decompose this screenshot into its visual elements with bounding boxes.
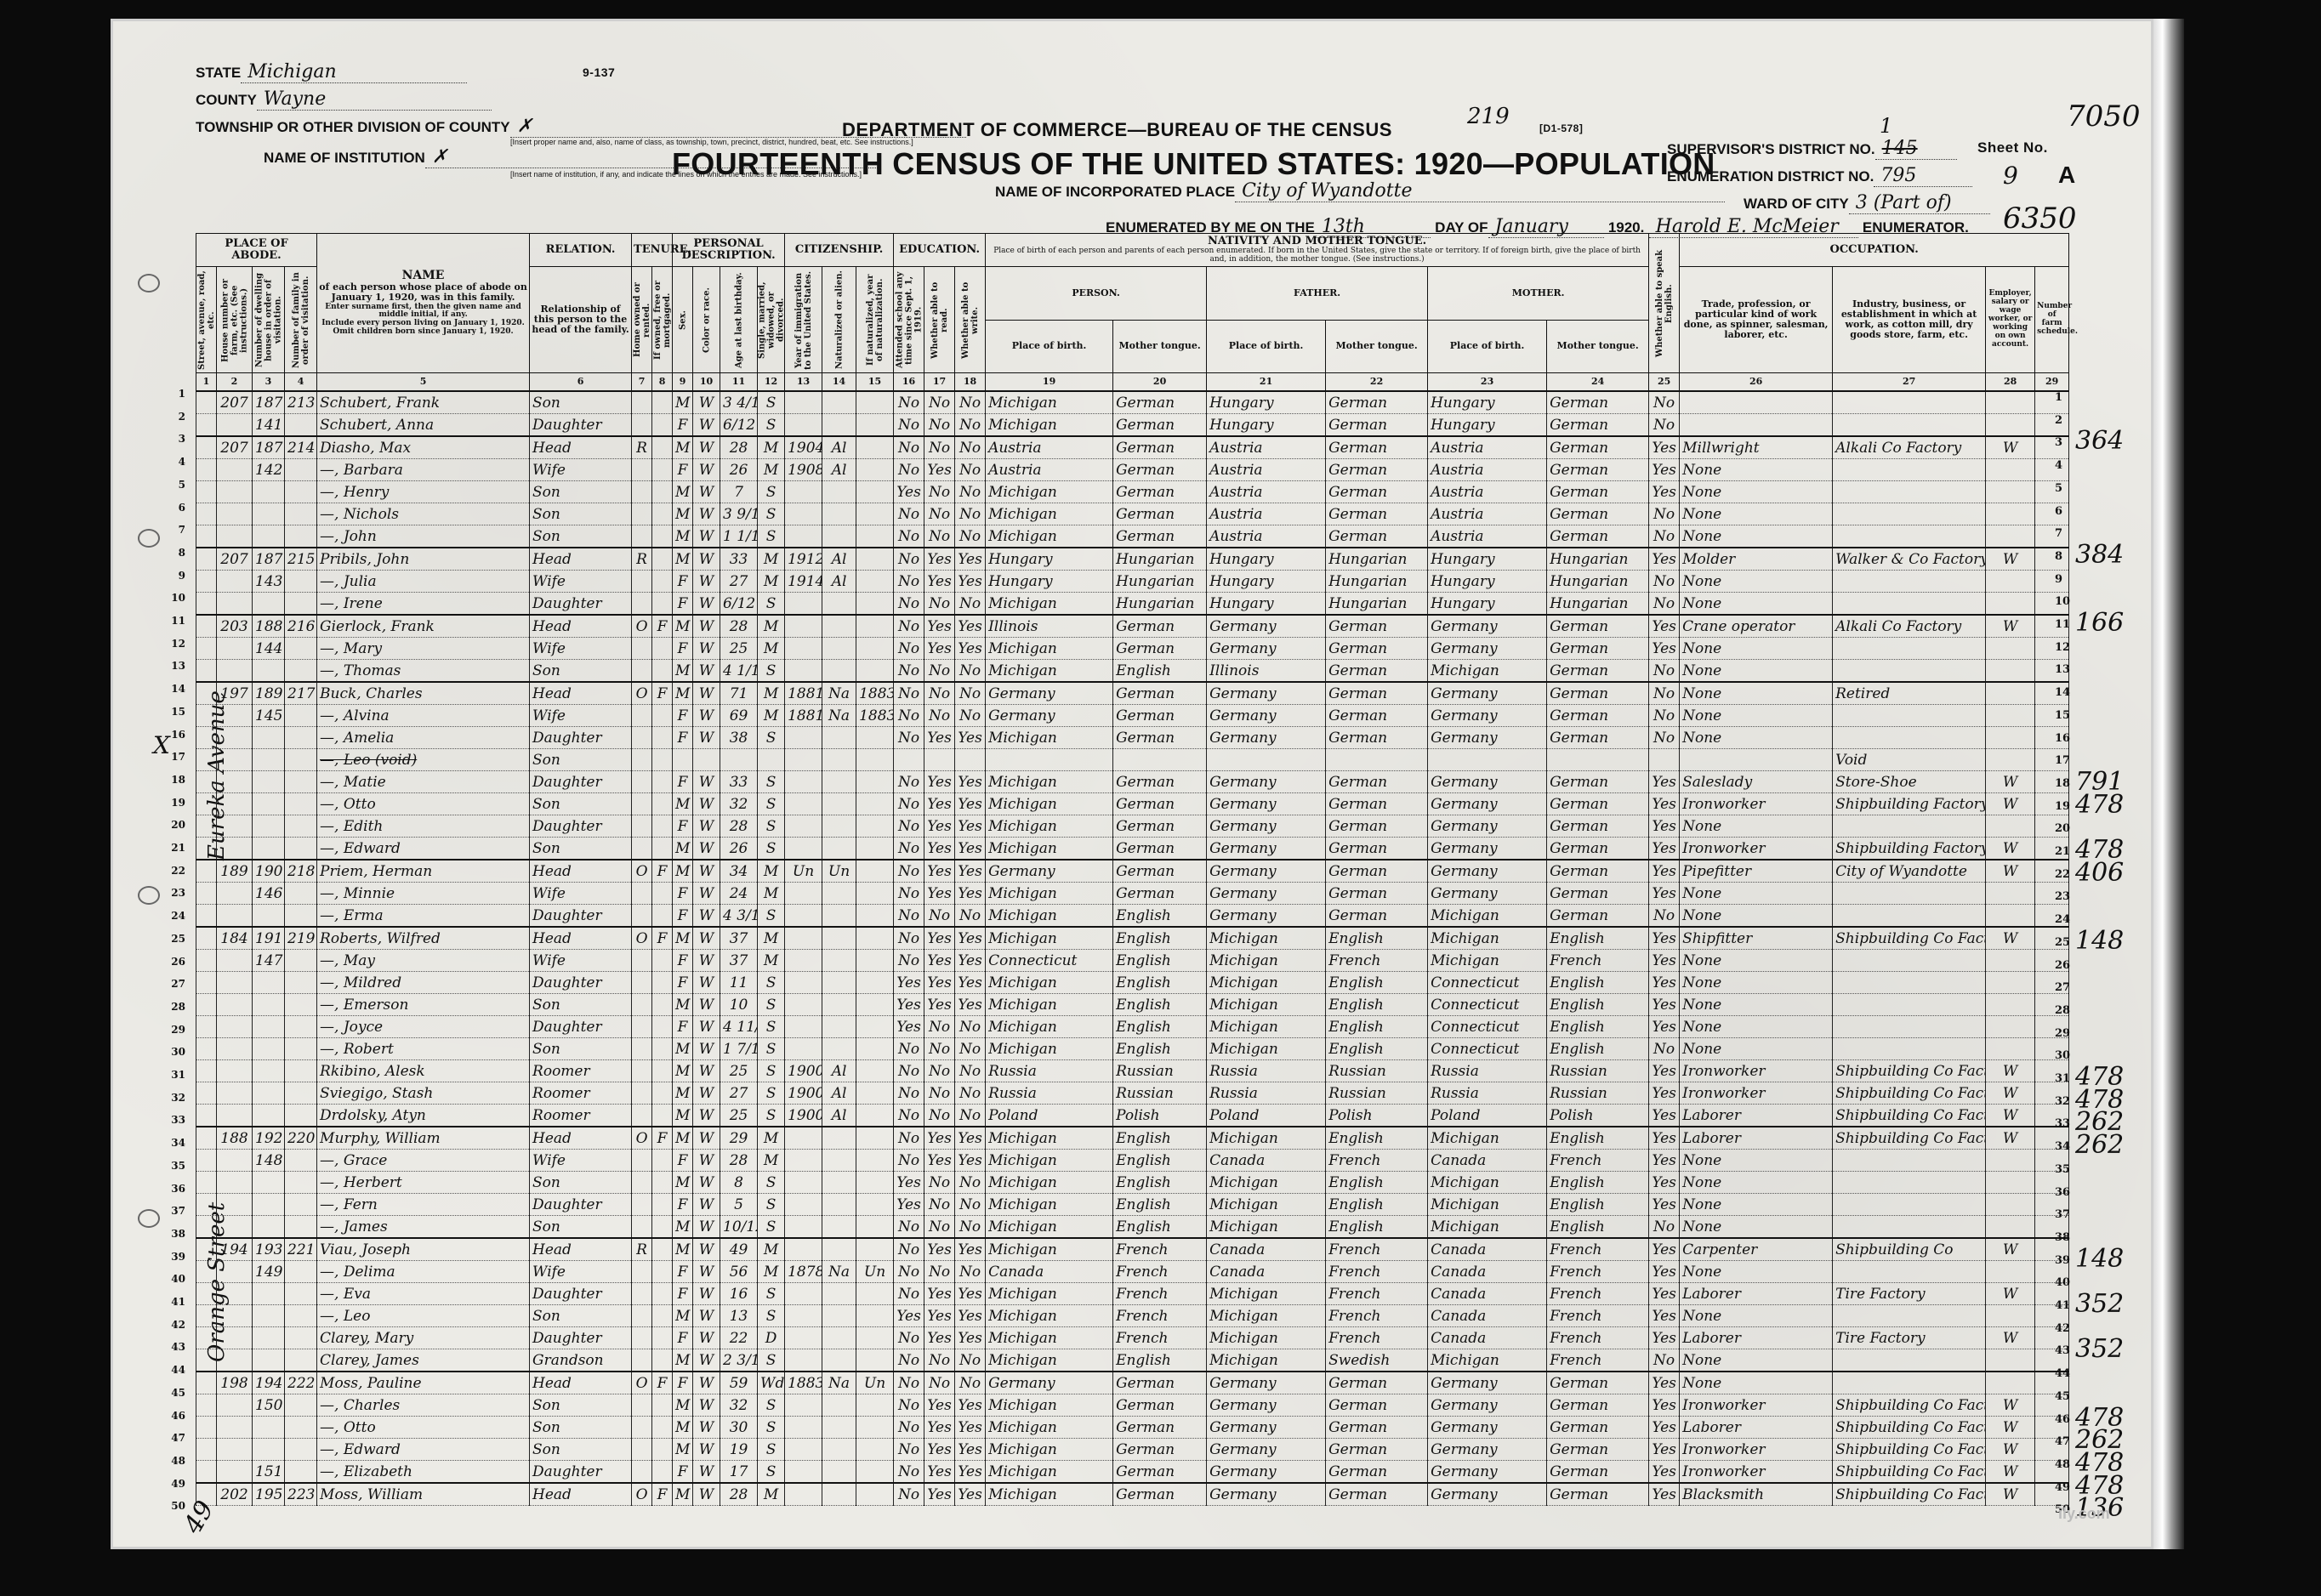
cell-trade: Laborer (1680, 1417, 1833, 1439)
census-row: 194193221Viau, JosephHeadRMW49MNoYesYesM… (196, 1238, 2069, 1261)
cell-relation: Head (530, 1372, 632, 1394)
cell-m_pob: Connecticut (1428, 1016, 1547, 1038)
cell-farm (2035, 571, 2069, 593)
cell-immig (785, 793, 822, 815)
cell-family (285, 1150, 317, 1172)
census-row: 145—, AlvinaWifeFW69M1881Na1883NoNoNoGer… (196, 705, 2069, 727)
line-number-left: 47 (162, 1432, 185, 1444)
cell-school: No (894, 503, 924, 525)
cell-english: No (1649, 503, 1680, 525)
cell-employ: W (1986, 1461, 2035, 1484)
occupation-code: 478 (2075, 790, 2124, 820)
column-number: 8 (652, 373, 673, 392)
census-row: —, RobertSonMW1 7/12SNoNoNoMichiganEngli… (196, 1038, 2069, 1060)
cell-read: Yes (924, 927, 955, 950)
line-number-right: 14 (2055, 686, 2070, 699)
cell-name: —, Henry (317, 481, 530, 503)
cell-immig (785, 1305, 822, 1327)
cell-trade: None (1680, 1016, 1833, 1038)
cell-f_tongue: German (1326, 771, 1428, 793)
cell-f_pob: Hungary (1207, 571, 1326, 593)
occupation-code: 148 (2075, 926, 2124, 956)
cell-natyear (856, 749, 894, 771)
cell-age: 13 (720, 1305, 758, 1327)
cell-name: Buck, Charles (317, 682, 530, 705)
cell-race: W (693, 391, 720, 414)
cell-industry (1833, 660, 1986, 683)
cell-owned: O (632, 1483, 652, 1506)
cell-house (217, 638, 253, 660)
cell-m_pob: Germany (1428, 883, 1547, 905)
cell-house (217, 660, 253, 683)
cell-nat (822, 615, 856, 638)
cell-f_tongue: German (1326, 459, 1428, 481)
census-row: Rkibino, AleskRoomerMW25S1900AlNoNoNoRus… (196, 1060, 2069, 1082)
cell-natyear (856, 771, 894, 793)
cell-family (285, 1417, 317, 1439)
cell-tongue: French (1113, 1327, 1207, 1349)
cell-write: Yes (955, 838, 986, 860)
cell-owned (632, 905, 652, 928)
col-group-relation: RELATION. (530, 234, 632, 267)
cell-write: No (955, 1016, 986, 1038)
census-row: —, EmersonSonMW10SYesYesYesMichiganEngli… (196, 994, 2069, 1016)
cell-m_tongue: German (1547, 436, 1649, 459)
cell-race: W (693, 1483, 720, 1506)
line-number-right: 5 (2055, 482, 2062, 495)
line-number-left: 17 (162, 751, 185, 763)
cell-m_pob: Germany (1428, 1439, 1547, 1461)
cell-tongue: English (1113, 994, 1207, 1016)
cell-english: Yes (1649, 793, 1680, 815)
cell-dwelling (253, 1016, 285, 1038)
line-number-left: 45 (162, 1387, 185, 1399)
cell-nat (822, 1172, 856, 1194)
cell-f_pob: Michigan (1207, 927, 1326, 950)
cell-pob: Michigan (986, 1194, 1113, 1216)
cell-sex: F (673, 771, 693, 793)
line-number-left: 7 (162, 524, 185, 536)
cell-trade: None (1680, 459, 1833, 481)
cell-nat (822, 927, 856, 950)
cell-f_tongue: French (1326, 1327, 1428, 1349)
cell-natyear (856, 1238, 894, 1261)
cell-f_pob: Michigan (1207, 1283, 1326, 1305)
column-number: 9 (673, 373, 693, 392)
cell-owned (632, 1261, 652, 1283)
cell-write: Yes (955, 950, 986, 972)
cell-english (1649, 749, 1680, 771)
col-group-abode: PLACE OF ABODE. (196, 234, 317, 267)
cell-age: 10/12 (720, 1216, 758, 1239)
cell-age: 22 (720, 1327, 758, 1349)
cell-relation: Son (530, 503, 632, 525)
cell-industry: Store-Shoe (1833, 771, 1986, 793)
cell-race: W (693, 414, 720, 437)
cell-school: Yes (894, 1016, 924, 1038)
occupation-code: 166 (2075, 608, 2124, 638)
cell-industry: Shipbuilding Co Factory (1833, 1127, 1986, 1150)
cell-street (196, 1216, 217, 1239)
cell-industry (1833, 1172, 1986, 1194)
cell-immig (785, 1349, 822, 1372)
cell-house: 189 (217, 860, 253, 883)
cell-family (285, 1261, 317, 1283)
census-row: 207187214Diasho, MaxHeadRMW28M1904AlNoNo… (196, 436, 2069, 459)
cell-dwelling (253, 1439, 285, 1461)
cell-relation: Roomer (530, 1105, 632, 1127)
cell-natyear (856, 436, 894, 459)
cell-relation: Head (530, 860, 632, 883)
cell-street (196, 838, 217, 860)
col-group-education: EDUCATION. (894, 234, 986, 267)
cell-f_pob: Germany (1207, 883, 1326, 905)
cell-write: No (955, 1349, 986, 1372)
cell-age: 16 (720, 1283, 758, 1305)
cell-trade: None (1680, 1038, 1833, 1060)
column-number: 26 (1680, 373, 1833, 392)
cell-dwelling (253, 1417, 285, 1439)
cell-owned (632, 481, 652, 503)
cell-relation: Daughter (530, 771, 632, 793)
line-number-right: 33 (2055, 1117, 2070, 1130)
cell-f_tongue: German (1326, 815, 1428, 838)
cell-marital: S (758, 1194, 785, 1216)
cell-street (196, 525, 217, 548)
cell-house: 198 (217, 1372, 253, 1394)
cell-immig (785, 593, 822, 616)
cell-trade: None (1680, 1349, 1833, 1372)
cell-race: W (693, 1327, 720, 1349)
cell-write: No (955, 705, 986, 727)
cell-dwelling (253, 1038, 285, 1060)
column-number: 12 (758, 373, 785, 392)
cell-f_tongue: French (1326, 1150, 1428, 1172)
cell-house (217, 571, 253, 593)
cell-f_tongue: Hungarian (1326, 548, 1428, 571)
cell-f_tongue: German (1326, 838, 1428, 860)
cell-write: No (955, 593, 986, 616)
cell-dwelling (253, 1327, 285, 1349)
cell-m_pob: Germany (1428, 705, 1547, 727)
cell-trade: None (1680, 571, 1833, 593)
cell-school: No (894, 1216, 924, 1239)
cell-immig: 1878 (785, 1261, 822, 1283)
cell-race: W (693, 571, 720, 593)
cell-marital: S (758, 815, 785, 838)
cell-nat: Na (822, 705, 856, 727)
cell-pob: Russia (986, 1060, 1113, 1082)
line-number-left: 11 (162, 615, 185, 627)
cell-tongue: English (1113, 1172, 1207, 1194)
cell-race: W (693, 1394, 720, 1417)
cell-mortgage (652, 883, 673, 905)
cell-owned (632, 593, 652, 616)
cell-relation: Daughter (530, 1016, 632, 1038)
cell-industry: Alkali Co Factory (1833, 436, 1986, 459)
cell-english: Yes (1649, 1082, 1680, 1105)
watermark: ily.com (2058, 1505, 2110, 1523)
cell-english: Yes (1649, 994, 1680, 1016)
cell-m_tongue: German (1547, 1417, 1649, 1439)
cell-natyear (856, 615, 894, 638)
line-number-left: 2 (162, 411, 185, 423)
cell-employ (1986, 1194, 2035, 1216)
col-11: Age at last birthday. (720, 267, 758, 373)
cell-sex: M (673, 1105, 693, 1127)
cell-nat: Un (822, 860, 856, 883)
cell-m_tongue: French (1547, 1261, 1649, 1283)
census-row: —, HerbertSonMW8SYesNoNoMichiganEnglishM… (196, 1172, 2069, 1194)
cell-m_pob: Canada (1428, 1327, 1547, 1349)
cell-write: No (955, 391, 986, 414)
census-row: 146—, MinnieWifeFW24MNoYesYesMichiganGer… (196, 883, 2069, 905)
cell-immig (785, 1238, 822, 1261)
cell-mortgage: F (652, 615, 673, 638)
census-row: —, ThomasSonMW4 1/12SNoNoNoMichiganEngli… (196, 660, 2069, 683)
cell-sex: M (673, 1305, 693, 1327)
cell-relation: Daughter (530, 1461, 632, 1484)
cell-trade: None (1680, 525, 1833, 548)
binder-hole (138, 529, 160, 548)
cell-f_pob: Michigan (1207, 1194, 1326, 1216)
sheet-number: 9 (2003, 162, 2018, 190)
cell-marital: S (758, 838, 785, 860)
cell-mortgage (652, 727, 673, 749)
column-number: 16 (894, 373, 924, 392)
cell-m_tongue: German (1547, 1483, 1649, 1506)
cell-employ: W (1986, 838, 2035, 860)
cell-m_tongue: French (1547, 950, 1649, 972)
cell-immig (785, 950, 822, 972)
cell-immig (785, 503, 822, 525)
cell-english: Yes (1649, 1305, 1680, 1327)
line-number-right: 21 (2055, 845, 2070, 858)
cell-nat (822, 1283, 856, 1305)
cell-write: Yes (955, 727, 986, 749)
line-number-left: 6 (162, 502, 185, 514)
cell-age: 37 (720, 950, 758, 972)
cell-school: No (894, 571, 924, 593)
cell-dwelling (253, 994, 285, 1016)
cell-read: Yes (924, 1394, 955, 1417)
cell-pob: Austria (986, 459, 1113, 481)
cell-age: 26 (720, 459, 758, 481)
cell-sex: F (673, 950, 693, 972)
cell-industry: Shipbuilding Co Factory (1833, 1439, 1986, 1461)
cell-tongue: German (1113, 682, 1207, 705)
cell-age: 1 1/12 (720, 525, 758, 548)
cell-english: Yes (1649, 1283, 1680, 1305)
line-number-left: 4 (162, 456, 185, 468)
cell-race: W (693, 972, 720, 994)
cell-nat: Al (822, 571, 856, 593)
cell-nat (822, 1417, 856, 1439)
cell-read: No (924, 1082, 955, 1105)
cell-race: W (693, 1216, 720, 1239)
cell-mortgage (652, 1172, 673, 1194)
cell-dwelling: 148 (253, 1150, 285, 1172)
cell-immig: 1881 (785, 705, 822, 727)
cell-race: W (693, 1150, 720, 1172)
line-number-right: 39 (2055, 1254, 2070, 1267)
cell-street (196, 1327, 217, 1349)
supervisor-district-field: Supervisor's District No.145 (1667, 138, 1957, 160)
cell-age: 27 (720, 1082, 758, 1105)
line-number-right: 43 (2055, 1344, 2070, 1357)
cell-natyear (856, 727, 894, 749)
cell-dwelling: 142 (253, 459, 285, 481)
cell-school: No (894, 1105, 924, 1127)
census-row: —, EvaDaughterFW16SNoYesYesMichiganFrenc… (196, 1283, 2069, 1305)
column-number: 28 (1986, 373, 2035, 392)
cell-relation: Wife (530, 638, 632, 660)
cell-sex: F (673, 972, 693, 994)
cell-m_pob (1428, 749, 1547, 771)
col-26: Trade, profession, or particular kind of… (1680, 267, 1833, 373)
cell-pob: Austria (986, 436, 1113, 459)
cell-pob: Michigan (986, 414, 1113, 437)
cell-name: —, Eva (317, 1283, 530, 1305)
cell-employ (1986, 883, 2035, 905)
cell-m_tongue: German (1547, 905, 1649, 928)
occupation-code: 262 (2075, 1130, 2124, 1160)
binder-hole (138, 1209, 160, 1228)
cell-write: Yes (955, 972, 986, 994)
cell-relation: Head (530, 1238, 632, 1261)
cell-owned (632, 749, 652, 771)
cell-family (285, 638, 317, 660)
cell-street (196, 682, 217, 705)
cell-sex: M (673, 1127, 693, 1150)
cell-school: No (894, 705, 924, 727)
cell-age: 27 (720, 571, 758, 593)
column-number: 29 (2035, 373, 2069, 392)
cell-dwelling: 151 (253, 1461, 285, 1484)
cell-read: No (924, 1216, 955, 1239)
cell-owned (632, 771, 652, 793)
line-number-left: 23 (162, 887, 185, 899)
cell-trade: None (1680, 1261, 1833, 1283)
cell-marital: S (758, 1394, 785, 1417)
line-number-left: 38 (162, 1228, 185, 1240)
column-number: 2 (217, 373, 253, 392)
col-group-personal: PERSONAL DESCRIPTION. (673, 234, 785, 267)
cell-f_tongue: German (1326, 414, 1428, 437)
cell-tongue: German (1113, 436, 1207, 459)
cell-industry (1833, 905, 1986, 928)
cell-sex: F (673, 1372, 693, 1394)
cell-race: W (693, 1305, 720, 1327)
cell-m_pob: Michigan (1428, 950, 1547, 972)
occupation-code: 364 (2075, 426, 2124, 456)
cell-f_pob: Germany (1207, 638, 1326, 660)
cell-age: 49 (720, 1238, 758, 1261)
cell-industry (1833, 414, 1986, 437)
cell-school: No (894, 525, 924, 548)
cell-m_pob: Germany (1428, 1461, 1547, 1484)
cell-f_pob: Germany (1207, 1417, 1326, 1439)
cell-english: Yes (1649, 1238, 1680, 1261)
cell-street (196, 1127, 217, 1150)
cell-m_tongue: Hungarian (1547, 593, 1649, 616)
cell-trade: None (1680, 727, 1833, 749)
cell-marital: S (758, 660, 785, 683)
cell-age: 38 (720, 727, 758, 749)
cell-marital: Wd (758, 1372, 785, 1394)
line-number-left: 15 (162, 706, 185, 718)
cell-relation: Wife (530, 950, 632, 972)
cell-family: 217 (285, 682, 317, 705)
margin-note-top: 7050 (2067, 99, 2141, 133)
cell-house (217, 1172, 253, 1194)
cell-race: W (693, 860, 720, 883)
cell-mortgage (652, 436, 673, 459)
cell-m_tongue: English (1547, 1216, 1649, 1239)
cell-race: W (693, 548, 720, 571)
cell-dwelling: 190 (253, 860, 285, 883)
cell-f_pob: Germany (1207, 1461, 1326, 1484)
cell-read: Yes (924, 838, 955, 860)
cell-house (217, 459, 253, 481)
cell-mortgage (652, 1194, 673, 1216)
cell-mortgage (652, 548, 673, 571)
col-group-person: PERSON. (986, 267, 1207, 321)
cell-dwelling (253, 1082, 285, 1105)
cell-nat (822, 1483, 856, 1506)
cell-employ: W (1986, 548, 2035, 571)
cell-m_tongue: German (1547, 459, 1649, 481)
cell-f_tongue: Swedish (1326, 1349, 1428, 1372)
cell-write: No (955, 1038, 986, 1060)
cell-english: No (1649, 905, 1680, 928)
cell-relation: Son (530, 749, 632, 771)
cell-tongue: Russian (1113, 1060, 1207, 1082)
cell-street (196, 771, 217, 793)
cell-trade: None (1680, 1372, 1833, 1394)
line-number-right: 12 (2055, 641, 2070, 654)
line-number-right: 32 (2055, 1095, 2070, 1108)
cell-marital: S (758, 525, 785, 548)
cell-street (196, 950, 217, 972)
cell-english: No (1649, 1038, 1680, 1060)
cell-english: Yes (1649, 883, 1680, 905)
cell-m_tongue: French (1547, 1150, 1649, 1172)
cell-f_pob: Germany (1207, 860, 1326, 883)
cell-read (924, 749, 955, 771)
cell-read: Yes (924, 1238, 955, 1261)
cell-dwelling: 150 (253, 1394, 285, 1417)
cell-pob: Russia (986, 1082, 1113, 1105)
cell-mortgage: F (652, 1372, 673, 1394)
col-27: Industry, business, or establishment in … (1833, 267, 1986, 373)
cell-m_tongue: English (1547, 1127, 1649, 1150)
cell-house (217, 838, 253, 860)
cell-relation: Wife (530, 571, 632, 593)
cell-f_tongue: German (1326, 682, 1428, 705)
cell-race: W (693, 1461, 720, 1484)
cell-family (285, 1305, 317, 1327)
cell-english: Yes (1649, 1150, 1680, 1172)
cell-m_tongue: German (1547, 860, 1649, 883)
cell-f_tongue: English (1326, 1016, 1428, 1038)
cell-family: 221 (285, 1238, 317, 1261)
cell-farm (2035, 459, 2069, 481)
census-row: 147—, MayWifeFW37MNoYesYesConnecticutEng… (196, 950, 2069, 972)
cell-m_pob: Russia (1428, 1082, 1547, 1105)
cell-natyear (856, 503, 894, 525)
column-number: 10 (693, 373, 720, 392)
